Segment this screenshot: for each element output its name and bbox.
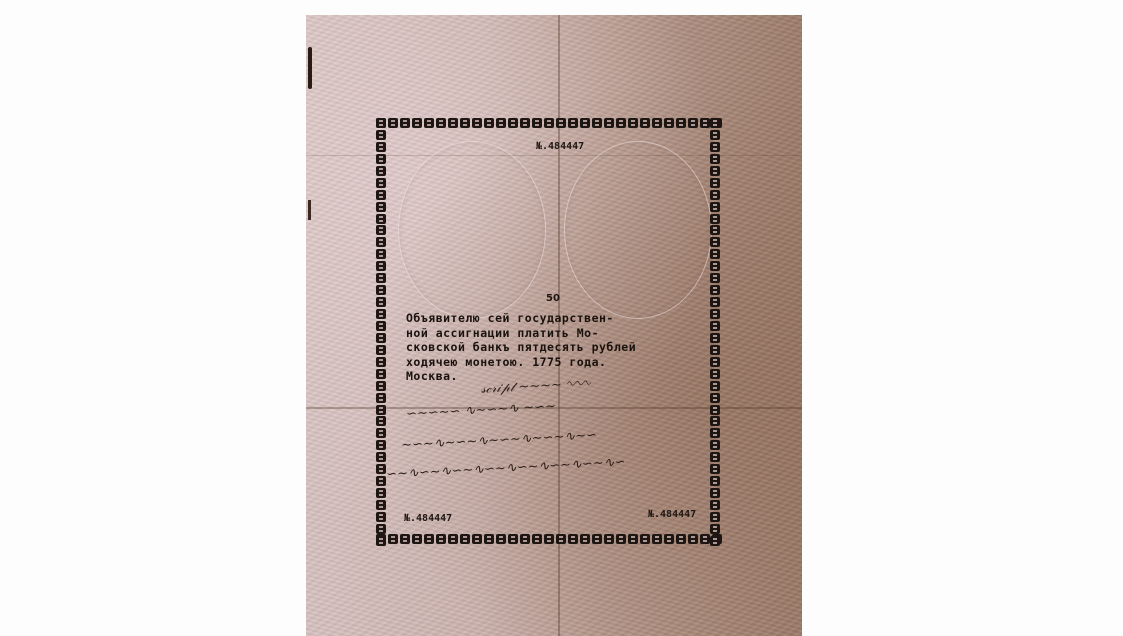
border-ornament-icon bbox=[710, 130, 720, 140]
border-ornament-icon bbox=[376, 273, 386, 283]
border-ornament-icon bbox=[460, 118, 470, 128]
border-ornament-icon bbox=[580, 534, 590, 544]
border-ornament-icon bbox=[710, 452, 720, 462]
border-ornament-icon bbox=[710, 202, 720, 212]
border-ornament-icon bbox=[412, 534, 422, 544]
border-ornament-icon bbox=[376, 524, 386, 534]
border-ornament-icon bbox=[484, 534, 494, 544]
border-ornament-icon bbox=[376, 321, 386, 331]
text-line: сковской банкъ пятдесять рублей bbox=[406, 340, 716, 355]
border-ornament-icon bbox=[376, 452, 386, 462]
border-ornament-icon bbox=[532, 118, 542, 128]
border-ornament-icon bbox=[710, 488, 720, 498]
border-ornament-icon bbox=[556, 118, 566, 128]
border-ornament-icon bbox=[400, 534, 410, 544]
border-ornament-icon bbox=[376, 142, 386, 152]
border-ornament-icon bbox=[652, 118, 662, 128]
border-ornament-icon bbox=[710, 476, 720, 486]
border-ornament-icon bbox=[710, 214, 720, 224]
border-ornament-icon bbox=[604, 534, 614, 544]
border-ornament-icon bbox=[376, 214, 386, 224]
border-ornament-icon bbox=[496, 534, 506, 544]
border-ornament-icon bbox=[376, 405, 386, 415]
border-ornament-icon bbox=[604, 118, 614, 128]
border-ornament-icon bbox=[664, 534, 674, 544]
border-ornament-icon bbox=[616, 118, 626, 128]
border-ornament-icon bbox=[710, 464, 720, 474]
border-ornament-icon bbox=[568, 118, 578, 128]
border-ornament-icon bbox=[710, 405, 720, 415]
border-ornament-icon bbox=[484, 118, 494, 128]
border-ornament-icon bbox=[676, 534, 686, 544]
border-ornament-icon bbox=[580, 118, 590, 128]
border-ornament-icon bbox=[376, 202, 386, 212]
border-ornament-icon bbox=[710, 440, 720, 450]
border-ornament-icon bbox=[448, 534, 458, 544]
border-ornament-icon bbox=[376, 381, 386, 391]
border-ornament-icon bbox=[710, 297, 720, 307]
border-bottom bbox=[376, 534, 722, 546]
border-ornament-icon bbox=[640, 534, 650, 544]
text-line: ной ассигнации платить Мо- bbox=[406, 326, 716, 341]
border-ornament-icon bbox=[424, 118, 434, 128]
border-ornament-icon bbox=[710, 190, 720, 200]
edge-tear-mark bbox=[308, 200, 311, 220]
border-ornament-icon bbox=[520, 118, 530, 128]
border-ornament-icon bbox=[688, 118, 698, 128]
border-ornament-icon bbox=[652, 534, 662, 544]
border-ornament-icon bbox=[700, 534, 710, 544]
border-ornament-icon bbox=[710, 237, 720, 247]
border-ornament-icon bbox=[710, 273, 720, 283]
border-ornament-icon bbox=[448, 118, 458, 128]
border-ornament-icon bbox=[688, 534, 698, 544]
border-ornament-icon bbox=[460, 534, 470, 544]
border-ornament-icon bbox=[376, 130, 386, 140]
border-ornament-icon bbox=[376, 297, 386, 307]
border-ornament-icon bbox=[376, 309, 386, 319]
border-ornament-icon bbox=[710, 536, 720, 546]
border-ornament-icon bbox=[710, 142, 720, 152]
border-ornament-icon bbox=[376, 536, 386, 546]
border-ornament-icon bbox=[710, 512, 720, 522]
border-ornament-icon bbox=[710, 261, 720, 271]
serial-number-bottom-left: №.484447 bbox=[404, 513, 452, 524]
edge-tear-mark bbox=[308, 47, 312, 89]
border-ornament-icon bbox=[592, 118, 602, 128]
border-ornament-icon bbox=[710, 118, 720, 128]
border-ornament-icon bbox=[710, 428, 720, 438]
border-ornament-icon bbox=[710, 178, 720, 188]
border-ornament-icon bbox=[376, 369, 386, 379]
border-ornament-icon bbox=[376, 357, 386, 367]
border-ornament-icon bbox=[376, 440, 386, 450]
border-ornament-icon bbox=[700, 118, 710, 128]
border-ornament-icon bbox=[376, 428, 386, 438]
border-ornament-icon bbox=[388, 534, 398, 544]
border-ornament-icon bbox=[376, 416, 386, 426]
border-ornament-icon bbox=[376, 190, 386, 200]
border-ornament-icon bbox=[376, 261, 386, 271]
border-ornament-icon bbox=[556, 534, 566, 544]
serial-number-bottom-right: №.484447 bbox=[648, 509, 696, 520]
border-ornament-icon bbox=[710, 154, 720, 164]
text-line: ходячею монетою. 1775 года. bbox=[406, 355, 716, 370]
border-ornament-icon bbox=[710, 285, 720, 295]
border-ornament-icon bbox=[376, 225, 386, 235]
border-top bbox=[376, 118, 722, 130]
border-ornament-icon bbox=[568, 534, 578, 544]
border-ornament-icon bbox=[376, 345, 386, 355]
border-ornament-icon bbox=[628, 534, 638, 544]
border-ornament-icon bbox=[592, 534, 602, 544]
border-ornament-icon bbox=[376, 118, 386, 128]
text-line: Объявителю сей государствен- bbox=[406, 311, 716, 326]
serial-number-top: №.484447 bbox=[536, 141, 584, 152]
border-ornament-icon bbox=[664, 118, 674, 128]
border-ornament-icon bbox=[388, 118, 398, 128]
border-ornament-icon bbox=[376, 249, 386, 259]
border-ornament-icon bbox=[508, 534, 518, 544]
banknote-text: Объявителю сей государствен- ной ассигна… bbox=[406, 311, 716, 384]
border-ornament-icon bbox=[544, 118, 554, 128]
border-ornament-icon bbox=[376, 333, 386, 343]
border-ornament-icon bbox=[676, 118, 686, 128]
border-ornament-icon bbox=[710, 393, 720, 403]
border-ornament-icon bbox=[376, 488, 386, 498]
border-ornament-icon bbox=[532, 534, 542, 544]
border-ornament-icon bbox=[710, 225, 720, 235]
border-ornament-icon bbox=[544, 534, 554, 544]
border-ornament-icon bbox=[376, 166, 386, 176]
border-ornament-icon bbox=[710, 249, 720, 259]
border-ornament-icon bbox=[376, 393, 386, 403]
border-ornament-icon bbox=[710, 500, 720, 510]
border-ornament-icon bbox=[472, 118, 482, 128]
border-ornament-icon bbox=[376, 464, 386, 474]
border-ornament-icon bbox=[376, 178, 386, 188]
border-ornament-icon bbox=[376, 512, 386, 522]
border-ornament-icon bbox=[640, 118, 650, 128]
border-ornament-icon bbox=[376, 285, 386, 295]
denomination: 50 bbox=[546, 293, 560, 304]
border-ornament-icon bbox=[376, 154, 386, 164]
border-ornament-icon bbox=[508, 118, 518, 128]
border-ornament-icon bbox=[436, 534, 446, 544]
border-ornament-icon bbox=[496, 118, 506, 128]
border-ornament-icon bbox=[710, 416, 720, 426]
border-ornament-icon bbox=[376, 500, 386, 510]
border-ornament-icon bbox=[436, 118, 446, 128]
border-ornament-icon bbox=[400, 118, 410, 128]
border-ornament-icon bbox=[472, 534, 482, 544]
border-ornament-icon bbox=[376, 237, 386, 247]
border-ornament-icon bbox=[376, 476, 386, 486]
banknote-paper: №.484447 50 Объявителю сей государствен-… bbox=[306, 15, 802, 636]
border-ornament-icon bbox=[520, 534, 530, 544]
border-ornament-icon bbox=[710, 166, 720, 176]
border-ornament-icon bbox=[710, 524, 720, 534]
border-ornament-icon bbox=[616, 534, 626, 544]
border-ornament-icon bbox=[628, 118, 638, 128]
border-ornament-icon bbox=[424, 534, 434, 544]
border-ornament-icon bbox=[412, 118, 422, 128]
